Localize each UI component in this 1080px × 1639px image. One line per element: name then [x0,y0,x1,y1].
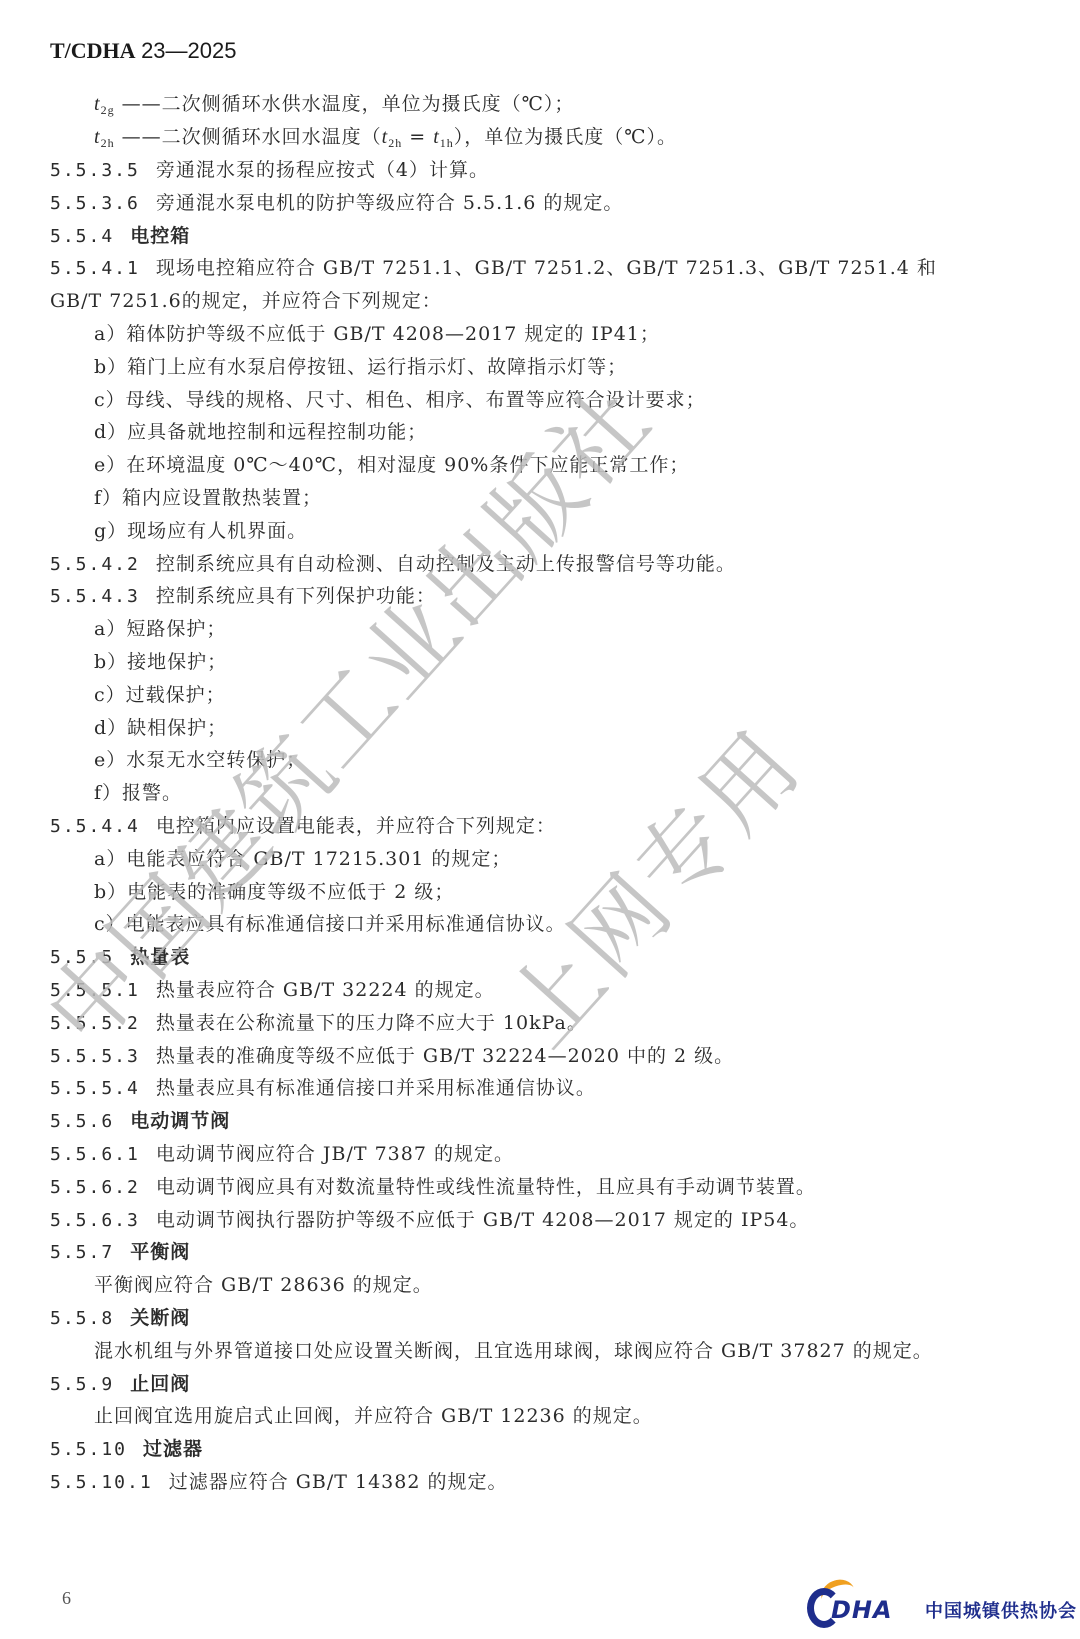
clause-number: 5.5.10 [50,1439,127,1460]
clause-number: 5.5.5 [50,947,114,968]
clause-text: 母线、导线的规格、尺寸、相色、相序、布置等应符合设计要求； [126,389,706,411]
clause-text: 旁通混水泵电机的防护等级应符合 5.5.1.6 的规定。 [156,192,624,214]
clause-number: 5.5.4.2 [50,554,140,575]
list-item: d）缺相保护； [94,716,227,740]
clause-number: 5.5.5.1 [50,980,140,1001]
list-item: b）电能表的准确度等级不应低于 2 级； [94,880,454,904]
paragraph: 止回阀宜选用旋启式止回阀，并应符合 GB/T 12236 的规定。 [94,1404,653,1428]
list-marker: f） [94,487,122,509]
clause: 5.5.3.6旁通混水泵电机的防护等级应符合 5.5.1.6 的规定。 [50,191,623,216]
list-marker: a） [94,848,126,870]
heading-text: 关断阀 [130,1307,190,1329]
clause: 5.5.4.1现场电控箱应符合 GB/T 7251.1、GB/T 7251.2、… [50,256,937,281]
clause: 5.5.5.1热量表应符合 GB/T 32224 的规定。 [50,978,495,1003]
clause: GB/T 7251.6的规定，并应符合下列规定： [50,289,442,313]
clause-number: 5.5.3.5 [50,160,140,181]
variable-description: ——二次侧循环水供水温度，单位为摄氏度（℃）； [122,93,575,115]
list-item: g）现场应有人机界面。 [94,519,307,543]
list-marker: e） [94,454,126,476]
clause-text: 接地保护； [127,651,227,673]
clause-text: 电控箱内应设置电能表，并应符合下列规定： [156,815,556,837]
list-item: c）电能表应具有标准通信接口并采用标准通信协议。 [94,912,566,936]
clause-text: 箱体防护等级不应低于 GB/T 4208—2017 规定的 IP41； [126,323,660,345]
clause-number: 5.5.4.3 [50,586,140,607]
clause-text: 短路保护； [126,618,226,640]
list-item: a）电能表应符合 GB/T 17215.301 的规定； [94,847,511,871]
clause-number: 5.5.6.3 [50,1210,140,1231]
section-heading: 5.5.8关断阀 [50,1306,190,1331]
list-marker: d） [94,717,127,739]
clause: 5.5.6.2电动调节阀应具有对数流量特性或线性流量特性，且应具有手动调节装置。 [50,1175,816,1200]
cdha-logo: DHA 中国城镇供热协会 [805,1580,1077,1630]
section-heading: 5.5.10过滤器 [50,1437,203,1462]
clause-text: 旁通混水泵的扬程应按式（4）计算。 [156,159,489,181]
clause-text: 热量表应符合 GB/T 32224 的规定。 [156,979,495,1001]
list-item: e）在环境温度 0℃～40℃，相对湿度 90%条件下应能正常工作； [94,453,689,477]
clause-text: 缺相保护； [127,717,227,739]
list-item: f）报警。 [94,781,182,805]
clause-text: 报警。 [122,782,182,804]
clause-number: 5.5.6 [50,1111,114,1132]
section-heading: 5.5.5热量表 [50,945,190,970]
clause-number: 5.5.8 [50,1308,114,1329]
clause-text: 平衡阀应符合 GB/T 28636 的规定。 [94,1274,433,1296]
list-marker: b） [94,356,127,378]
clause-text: 在环境温度 0℃～40℃，相对湿度 90%条件下应能正常工作； [126,454,689,476]
clause: 5.5.5.2热量表在公称流量下的压力降不应大于 10kPa。 [50,1011,587,1036]
list-marker: b） [94,881,127,903]
clause-text: 热量表在公称流量下的压力降不应大于 10kPa。 [156,1012,587,1034]
list-marker: a） [94,618,126,640]
document-header: T/CDHA 23—2025 [50,38,236,64]
heading-text: 电动调节阀 [130,1110,230,1132]
clause-number: 5.5.9 [50,1374,114,1395]
clause-text: 控制系统应具有自动检测、自动控制及主动上传报警信号等功能。 [156,553,736,575]
list-item: c）过载保护； [94,683,226,707]
clause: 5.5.6.3电动调节阀执行器防护等级不应低于 GB/T 4208—2017 规… [50,1208,809,1233]
clause-number: 5.5.7 [50,1242,114,1263]
organization-name: 中国城镇供热协会 [925,1597,1077,1623]
clause: 5.5.3.5旁通混水泵的扬程应按式（4）计算。 [50,158,489,183]
section-heading: 5.5.7平衡阀 [50,1240,190,1265]
clause-number: 5.5.4.4 [50,816,140,837]
variable-definition: t2g ——二次侧循环水供水温度，单位为摄氏度（℃）； [94,92,574,122]
clause-text: 水泵无水空转保护； [126,749,306,771]
variable-symbol: t2h [94,126,115,148]
clause-number: 5.5.5.4 [50,1078,140,1099]
logo-acronym: DHA [831,1596,893,1624]
clause-number: 5.5.5.3 [50,1046,140,1067]
heading-text: 热量表 [130,946,190,968]
list-item: f）箱内应设置散热装置； [94,486,322,510]
variable-definition: t2h ——二次侧循环水回水温度（t2h = t1h），单位为摄氏度（℃）。 [94,125,677,155]
cdha-logo-icon: DHA [805,1580,915,1630]
list-item: b）箱门上应有水泵启停按钮、运行指示灯、故障指示灯等； [94,355,627,379]
clause: 5.5.5.4热量表应具有标准通信接口并采用标准通信协议。 [50,1076,596,1101]
clause-number: 5.5.4 [50,226,114,247]
list-marker: a） [94,323,126,345]
list-marker: e） [94,749,126,771]
list-marker: b） [94,651,127,673]
standard-number: 23—2025 [141,38,236,63]
heading-text: 平衡阀 [130,1241,190,1263]
clause: 5.5.4.2控制系统应具有自动检测、自动控制及主动上传报警信号等功能。 [50,552,736,577]
clause-number: 5.5.10.1 [50,1472,153,1493]
clause-text: 电能表应符合 GB/T 17215.301 的规定； [126,848,511,870]
clause-number: 5.5.3.6 [50,193,140,214]
clause-text: 现场应有人机界面。 [127,520,307,542]
standard-code: T/CDHA [50,38,136,63]
section-heading: 5.5.9止回阀 [50,1372,190,1397]
clause: 5.5.10.1过滤器应符合 GB/T 14382 的规定。 [50,1470,507,1495]
paragraph: 混水机组与外界管道接口处应设置关断阀，且宜选用球阀，球阀应符合 GB/T 378… [94,1339,933,1363]
clause: 5.5.4.4电控箱内应设置电能表，并应符合下列规定： [50,814,556,839]
clause-number: 5.5.4.1 [50,258,140,279]
clause-text: 箱内应设置散热装置； [122,487,322,509]
clause-text: 过载保护； [126,684,226,706]
clause-text: 电能表的准确度等级不应低于 2 级； [127,881,454,903]
clause-number: 5.5.6.2 [50,1177,140,1198]
clause-text: 混水机组与外界管道接口处应设置关断阀，且宜选用球阀，球阀应符合 GB/T 378… [94,1340,933,1362]
list-item: d）应具备就地控制和远程控制功能； [94,420,427,444]
clause-text: 过滤器应符合 GB/T 14382 的规定。 [169,1471,508,1493]
clause-text: 电动调节阀执行器防护等级不应低于 GB/T 4208—2017 规定的 IP54… [156,1209,810,1231]
page-number: 6 [62,1588,71,1609]
list-item: a）短路保护； [94,617,226,641]
list-marker: c） [94,389,126,411]
clause-text: 电动调节阀应符合 JB/T 7387 的规定。 [156,1143,514,1165]
section-heading: 5.5.4电控箱 [50,224,190,249]
clause-text: 热量表的准确度等级不应低于 GB/T 32224—2020 中的 2 级。 [156,1045,734,1067]
heading-text: 过滤器 [143,1438,203,1460]
section-heading: 5.5.6电动调节阀 [50,1109,230,1134]
clause-text: 热量表应具有标准通信接口并采用标准通信协议。 [156,1077,596,1099]
clause: 5.5.4.3控制系统应具有下列保护功能： [50,584,436,609]
list-marker: d） [94,421,127,443]
list-item: c）母线、导线的规格、尺寸、相色、相序、布置等应符合设计要求； [94,388,706,412]
clause: 5.5.6.1电动调节阀应符合 JB/T 7387 的规定。 [50,1142,514,1167]
list-item: b）接地保护； [94,650,227,674]
list-marker: g） [94,520,127,542]
heading-text: 电控箱 [130,225,190,247]
clause-text: GB/T 7251.6的规定，并应符合下列规定： [50,290,442,312]
clause-number: 5.5.5.2 [50,1013,140,1034]
clause-text: 控制系统应具有下列保护功能： [156,585,436,607]
clause-text: 应具备就地控制和远程控制功能； [127,421,427,443]
paragraph: 平衡阀应符合 GB/T 28636 的规定。 [94,1273,433,1297]
list-item: a）箱体防护等级不应低于 GB/T 4208—2017 规定的 IP41； [94,322,660,346]
clause-text: 电动调节阀应具有对数流量特性或线性流量特性，且应具有手动调节装置。 [156,1176,816,1198]
list-item: e）水泵无水空转保护； [94,748,306,772]
clause-text: 电能表应具有标准通信接口并采用标准通信协议。 [126,913,566,935]
list-marker: c） [94,913,126,935]
heading-text: 止回阀 [130,1373,190,1395]
clause-text: 箱门上应有水泵启停按钮、运行指示灯、故障指示灯等； [127,356,627,378]
variable-symbol: t2g [94,93,115,115]
list-marker: f） [94,782,122,804]
clause-text: 止回阀宜选用旋启式止回阀，并应符合 GB/T 12236 的规定。 [94,1405,653,1427]
clause: 5.5.5.3热量表的准确度等级不应低于 GB/T 32224—2020 中的 … [50,1044,734,1069]
list-marker: c） [94,684,126,706]
clause-text: 现场电控箱应符合 GB/T 7251.1、GB/T 7251.2、GB/T 72… [156,257,937,279]
clause-number: 5.5.6.1 [50,1144,140,1165]
